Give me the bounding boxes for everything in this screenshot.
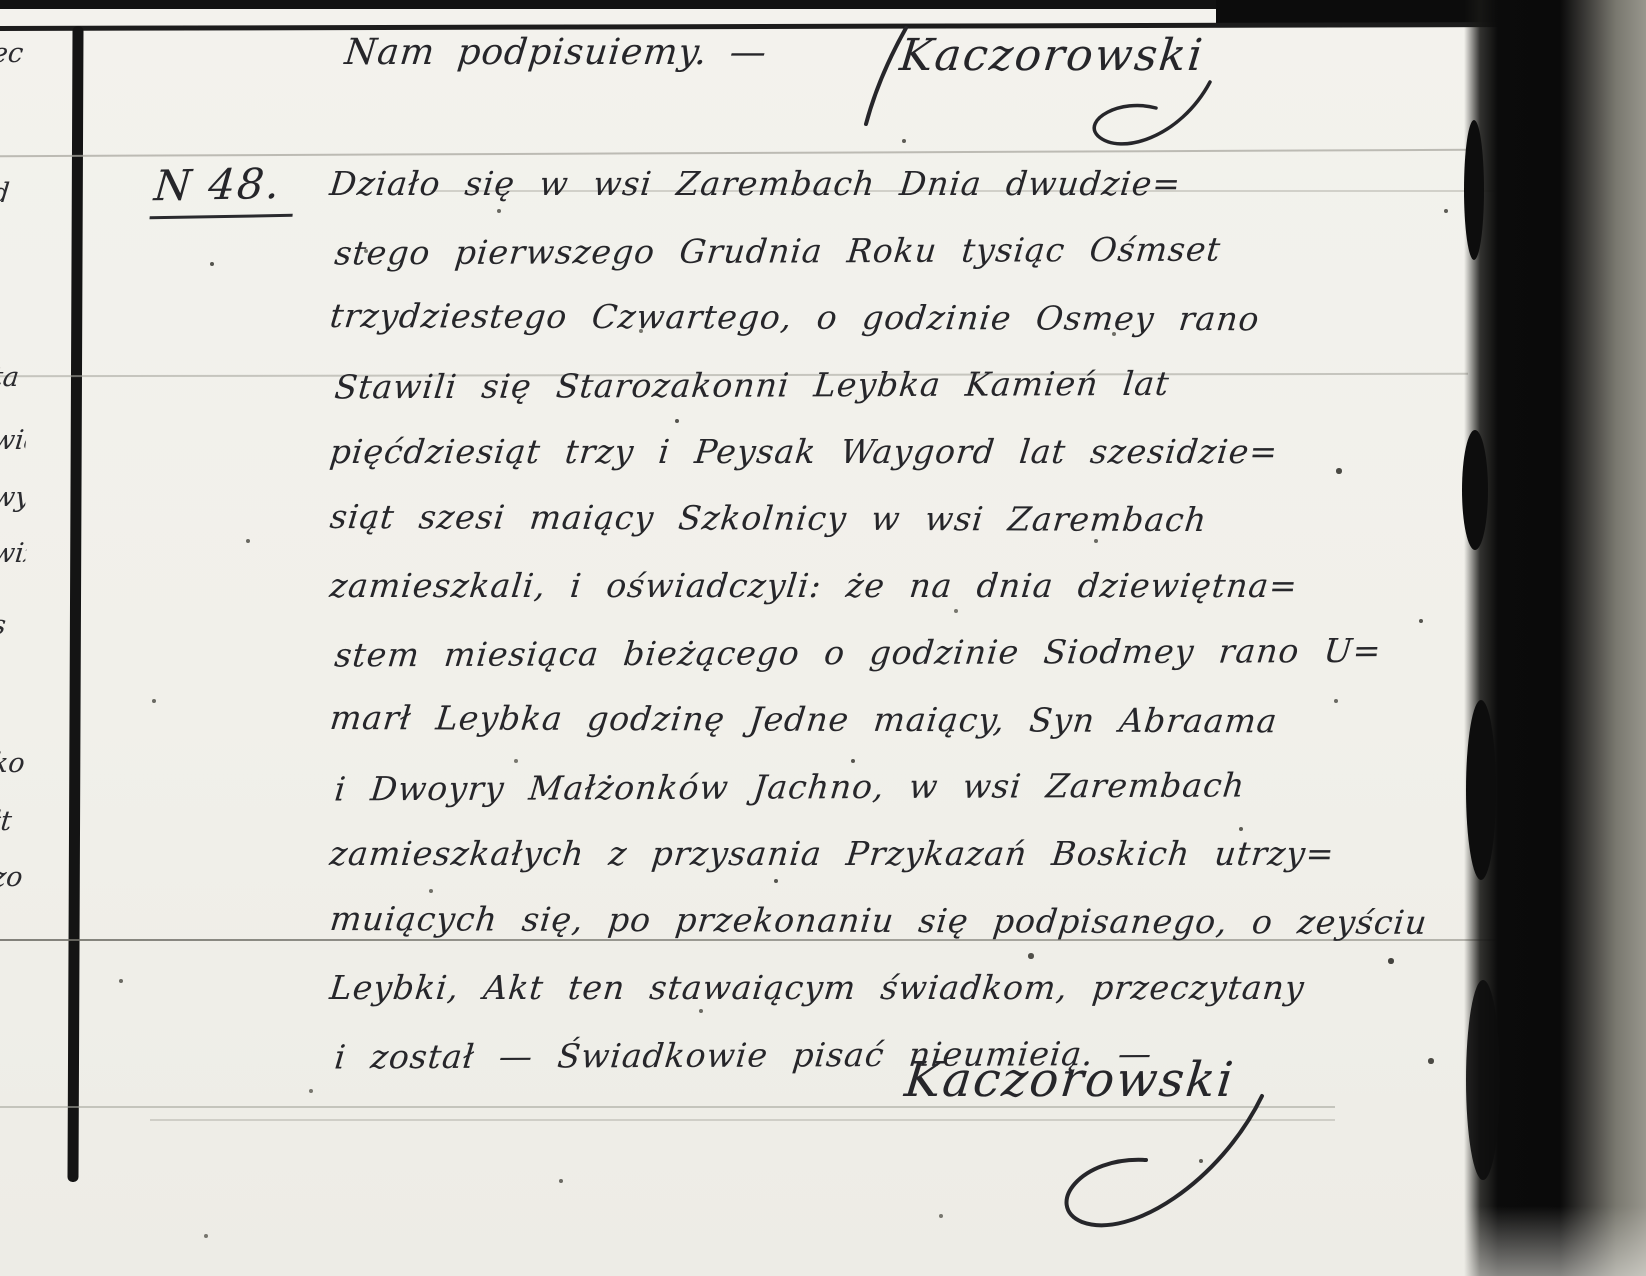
margin-fragment: d [0,178,28,209]
gutter-ink-blob [1464,120,1484,260]
handwritten-line: Leybki, Akt ten stawaiącym świadkom, prz… [326,954,1461,1021]
table-rule-heavy [0,22,1522,31]
scan-noise-speckles [0,0,2,2]
handwritten-line: Stawili się Starozakonni Leybka Kamień l… [331,349,1466,421]
scanned-register-page: Nam podpisuiemy. — Kaczorowski N 48. Dzi… [0,0,1646,1276]
gutter-bottom-fade [1464,1206,1646,1276]
signature-flourish-icon [1060,78,1240,158]
handwritten-line: muiących się, po przekonaniu się podpisa… [327,885,1462,956]
previous-entry-closing: Nam podpisuiemy. — [343,32,769,73]
margin-fragment: ec [0,38,28,69]
handwritten-line: i Dwoyry Małżonków Jachno, w wsi Zaremba… [331,751,1466,823]
margin-fragment: zo [0,862,28,893]
margin-fragment: wiż [0,538,28,569]
handwritten-line: pięćdziesiąt trzy i Peysak Waygord lat s… [326,418,1461,485]
clerk-signature-top: Kaczorowski [897,30,1206,81]
handwritten-line: Działo się w wsi Zarembach Dnia dwudzie= [326,150,1461,217]
record-body: Działo się w wsi Zarembach Dnia dwudzie=… [330,150,1458,1088]
table-column-rule [67,26,83,1182]
margin-fragment: wy [0,482,28,513]
margin-fragment: łt [0,806,28,837]
handwritten-line: zamieszkali, i oświadczyli: że na dnia d… [326,552,1461,619]
act-number: N 48. [149,159,297,220]
handwritten-line: zamieszkałych z przysania Przykazań Bosk… [326,820,1461,887]
margin-fragment: ko [0,748,28,779]
gutter-ink-blob [1466,980,1500,1180]
handwritten-line: stego pierwszego Grudnia Roku tysiąc Ośm… [331,215,1466,287]
handwritten-line: siąt szesi maiący Szkolnicy w wsi Zaremb… [327,483,1462,554]
margin-fragment: s [0,610,28,641]
handwritten-line: marł Leybka godzinę Jedne maiący, Syn Ab… [327,684,1462,755]
gutter-ink-blob [1462,430,1488,550]
handwritten-line: i został — Świadkowie pisać nieumieią. — [331,1019,1466,1091]
margin-fragment: wią [0,425,28,456]
handwritten-line: trzydziestego Czwartego, o godzinie Osme… [327,282,1462,353]
signature-flourish-icon [1010,1090,1290,1250]
margin-fragment: ta [0,362,28,393]
handwritten-line: stem miesiąca bieżącego o godzinie Siodm… [331,617,1466,689]
gutter-ink-blob [1466,700,1496,880]
